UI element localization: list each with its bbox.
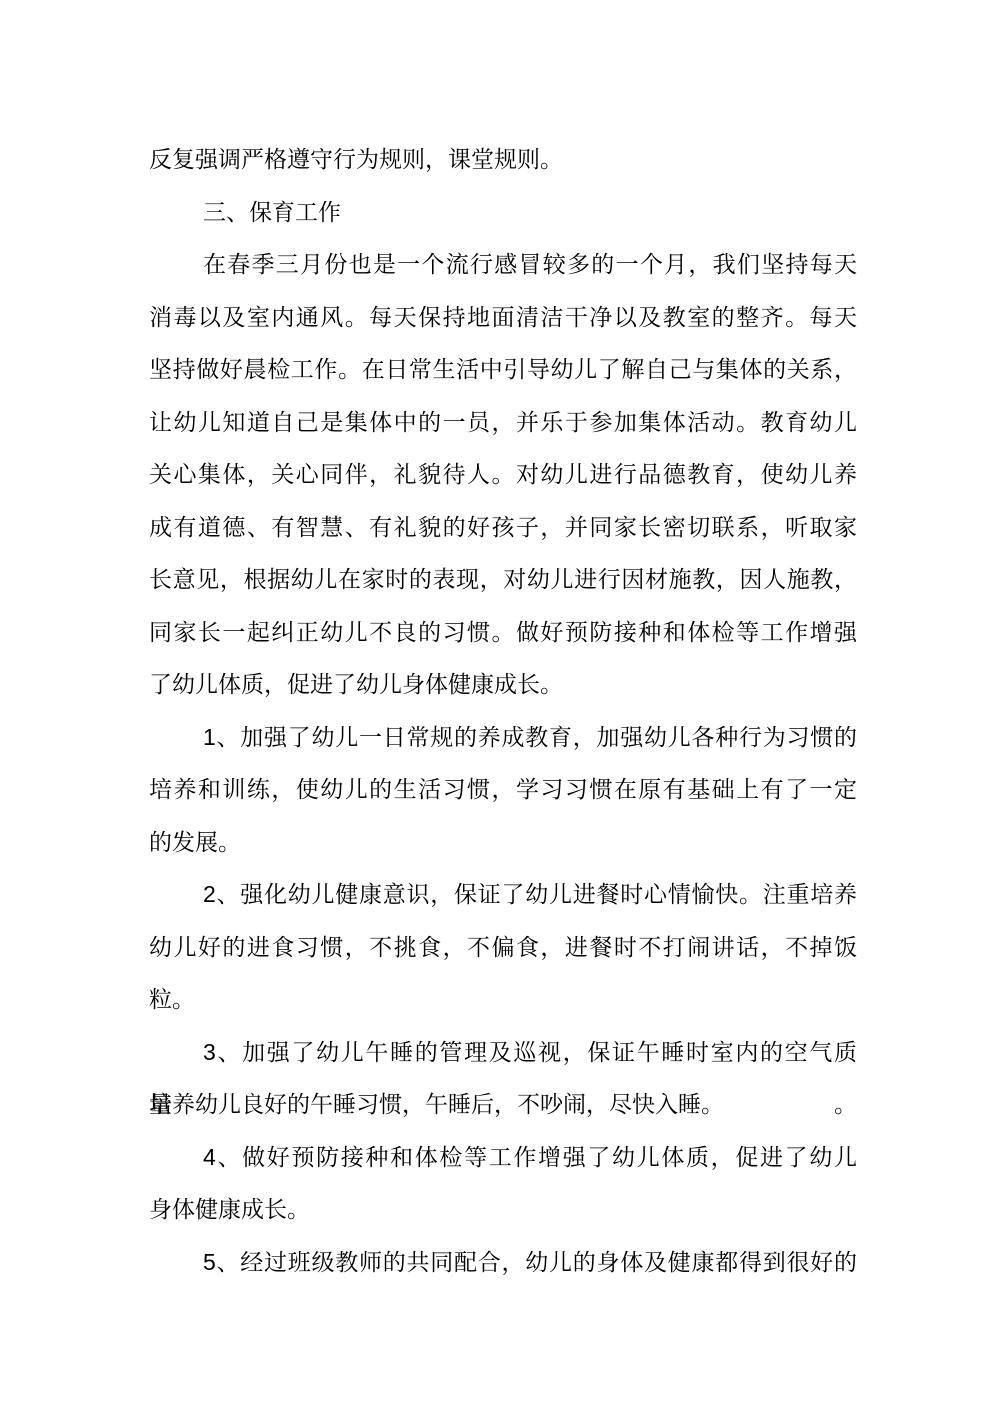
- text-line: 坚持做好晨检工作。在日常生活中引导幼儿了解自己与集体的关系，: [149, 343, 857, 396]
- document-page: 反复强调严格遵守行为规则，课堂规则。 三、保育工作 在春季三月份也是一个流行感冒…: [0, 0, 1000, 1415]
- text-line: 关心集体，关心同伴，礼貌待人。对幼儿进行品德教育，使幼儿养: [149, 448, 857, 501]
- text-line: 培养和训练，使幼儿的生活习惯，学习习惯在原有基础上有了一定: [149, 763, 857, 816]
- section-heading-line: 三、保育工作: [149, 186, 857, 239]
- numbered-item-line: 1、加强了幼儿一日常规的养成教育，加强幼儿各种行为习惯的: [149, 711, 857, 764]
- text-line: 在春季三月份也是一个流行感冒较多的一个月，我们坚持每天: [149, 238, 857, 291]
- text-line: 的发展。: [149, 816, 857, 869]
- numbered-item-line: 3、加强了幼儿午睡的管理及巡视，保证午睡时室内的空气质量。: [149, 1026, 857, 1079]
- numbered-item-line: 2、强化幼儿健康意识，保证了幼儿进餐时心情愉快。注重培养: [149, 868, 857, 921]
- document-body: 反复强调严格遵守行为规则，课堂规则。 三、保育工作 在春季三月份也是一个流行感冒…: [149, 133, 857, 1288]
- numbered-item-line: 5、经过班级教师的共同配合，幼儿的身体及健康都得到很好的: [149, 1236, 857, 1289]
- text-line: 成有道德、有智慧、有礼貌的好孩子，并同家长密切联系，听取家: [149, 501, 857, 554]
- text-line: 消毒以及室内通风。每天保持地面清洁干净以及教室的整齐。每天: [149, 291, 857, 344]
- text-line: 同家长一起纠正幼儿不良的习惯。做好预防接种和体检等工作增强: [149, 606, 857, 659]
- text-line: 了幼儿体质，促进了幼儿身体健康成长。: [149, 658, 857, 711]
- text-line: 反复强调严格遵守行为规则，课堂规则。: [149, 133, 857, 186]
- numbered-item-line: 4、做好预防接种和体检等工作增强了幼儿体质，促进了幼儿: [149, 1131, 857, 1184]
- text-line: 让幼儿知道自己是集体中的一员，并乐于参加集体活动。教育幼儿: [149, 396, 857, 449]
- text-line: 长意见，根据幼儿在家时的表现，对幼儿进行因材施教，因人施教，: [149, 553, 857, 606]
- text-line: 幼儿好的进食习惯，不挑食，不偏食，进餐时不打闹讲话，不掉饭: [149, 921, 857, 974]
- text-line: 粒。: [149, 973, 857, 1026]
- text-line: 身体健康成长。: [149, 1183, 857, 1236]
